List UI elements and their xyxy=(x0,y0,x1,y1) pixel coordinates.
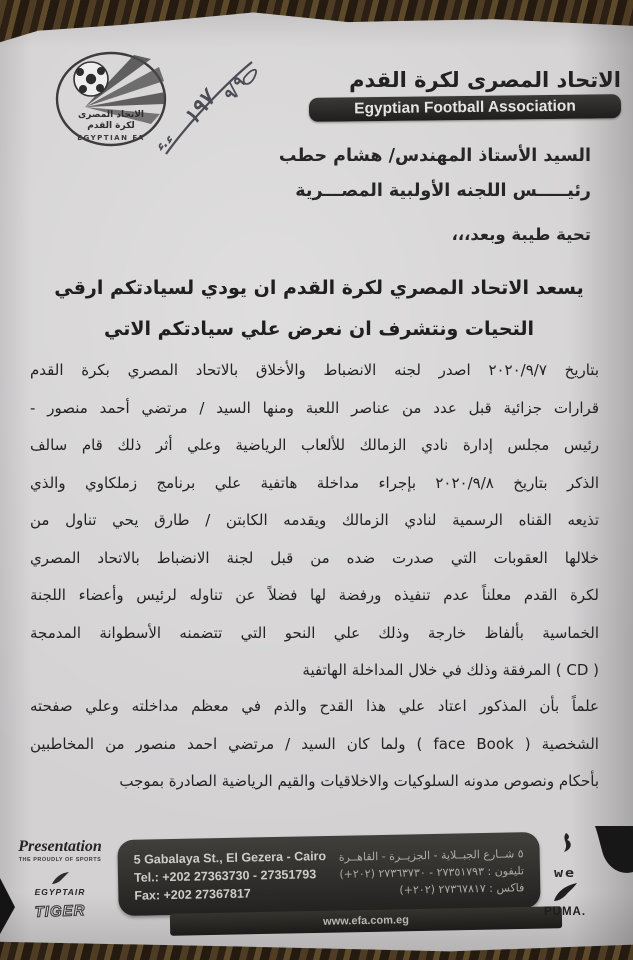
puma-cat-icon xyxy=(552,882,578,902)
body-line: الذكر بتاريخ ٢٠٢٠/٩/٨ بإجراء مداخلة هاتف… xyxy=(30,465,599,503)
address-arabic: ٥ شــارع الجبــلاية - الجزيــرة - القاهـ… xyxy=(339,845,525,900)
body-line: لكرة القدم معلناً عدم تنفيذه ورفضة لها ف… xyxy=(30,577,599,615)
puma-logo: PUMA. xyxy=(525,906,605,918)
we-logo: we xyxy=(525,865,605,880)
address-en-line: Tel.: +202 27363730 - 27351793 xyxy=(134,865,327,887)
egyptair-logo: EGYPTAIR xyxy=(8,887,112,897)
body-line: قرارات جزائية قبل عدد من عناصر اللعبة وم… xyxy=(30,390,599,428)
we-flame-icon xyxy=(554,832,576,860)
eagle-icon xyxy=(49,871,71,885)
body-line: خلالها العقوبات التي صدرت ضده من قبل لجن… xyxy=(30,540,599,578)
body-line: ( CD ) المرفقة وذلك في خلال المداخلة اله… xyxy=(30,652,599,690)
recipient-name-line: السيد الأستاذ المهندس/ هشام حطب xyxy=(237,146,591,166)
address-english: 5 Gabalaya St., El Gezera - Cairo Tel.: … xyxy=(134,847,327,905)
sponsor-logos-left: Presentation THE PROUDLY OF SPORTS EGYPT… xyxy=(8,838,112,920)
body-line: علماً بأن المذكور اعتاد علي هذا القدح وا… xyxy=(30,688,599,726)
body-line: تذيعه القناه الرسمية لنادي الزمالك ويقدم… xyxy=(30,502,599,540)
org-title-english-banner: Egyptian Football Association xyxy=(309,94,621,122)
address-ar-line: فاكس : ٢٧٣٦٧٨١٧ (٢٠٢+) xyxy=(339,879,524,900)
body-line: الخماسية بألفاظ خارجة وذلك علي النحو الت… xyxy=(30,615,599,653)
intro-paragraph: يسعد الاتحاد المصري لكرة القدم ان يودي ل… xyxy=(50,268,588,350)
body-paragraph-1: بتاريخ ٢٠٢٠/٩/٧ اصدر لجنه الانضباط والأخ… xyxy=(30,352,599,690)
body-line: رئيس مجلس إدارة نادي الزمالك للألعاب الر… xyxy=(30,427,599,465)
tiger-logo: TIGER xyxy=(8,901,113,922)
intro-line: يسعد الاتحاد المصري لكرة القدم ان يودي ل… xyxy=(50,268,588,309)
body-line: بتاريخ ٢٠٢٠/٩/٧ اصدر لجنه الانضباط والأخ… xyxy=(30,352,599,390)
presentation-logo: Presentation xyxy=(8,838,112,856)
address-banner: 5 Gabalaya St., El Gezera - Cairo Tel.: … xyxy=(117,832,540,916)
recipient-title-line: رئيـــــس اللجنه الأولبية المصـــرية xyxy=(237,181,591,201)
body-line: بأحكام ونصوص مدونه السلوكيات والاخلاقيات… xyxy=(30,763,599,801)
crest-text-ar-1: الاتحاد المصرى xyxy=(78,110,144,120)
sponsor-logos-right: we PUMA. xyxy=(525,832,605,918)
address-en-line: Fax: +202 27367817 xyxy=(134,883,327,905)
intro-line: التحيات ونتشرف ان نعرض علي سيادتكم الاتي xyxy=(50,309,588,350)
crest-text-ar-2: لكرة القدم xyxy=(87,121,134,131)
crest-text-en: EGYPTIAN FA xyxy=(77,134,145,142)
scanned-letter-page: الاتحاد المصرى لكرة القدم EGYPTIAN FA ١٩… xyxy=(0,0,633,960)
recipient-block: السيد الأستاذ المهندس/ هشام حطب رئيـــــ… xyxy=(237,146,591,244)
salutation-line: تحية طيبة وبعد،،، xyxy=(237,225,591,244)
letterhead-footer: Presentation THE PROUDLY OF SPORTS EGYPT… xyxy=(0,826,633,948)
body-paragraph-2: علماً بأن المذكور اعتاد علي هذا القدح وا… xyxy=(30,688,599,801)
org-title-arabic: الاتحاد المصرى لكرة القدم xyxy=(309,68,621,92)
presentation-tagline: THE PROUDLY OF SPORTS xyxy=(8,857,112,863)
body-line: الشخصية ( face Book ) ولما كان السيد / م… xyxy=(30,726,599,764)
